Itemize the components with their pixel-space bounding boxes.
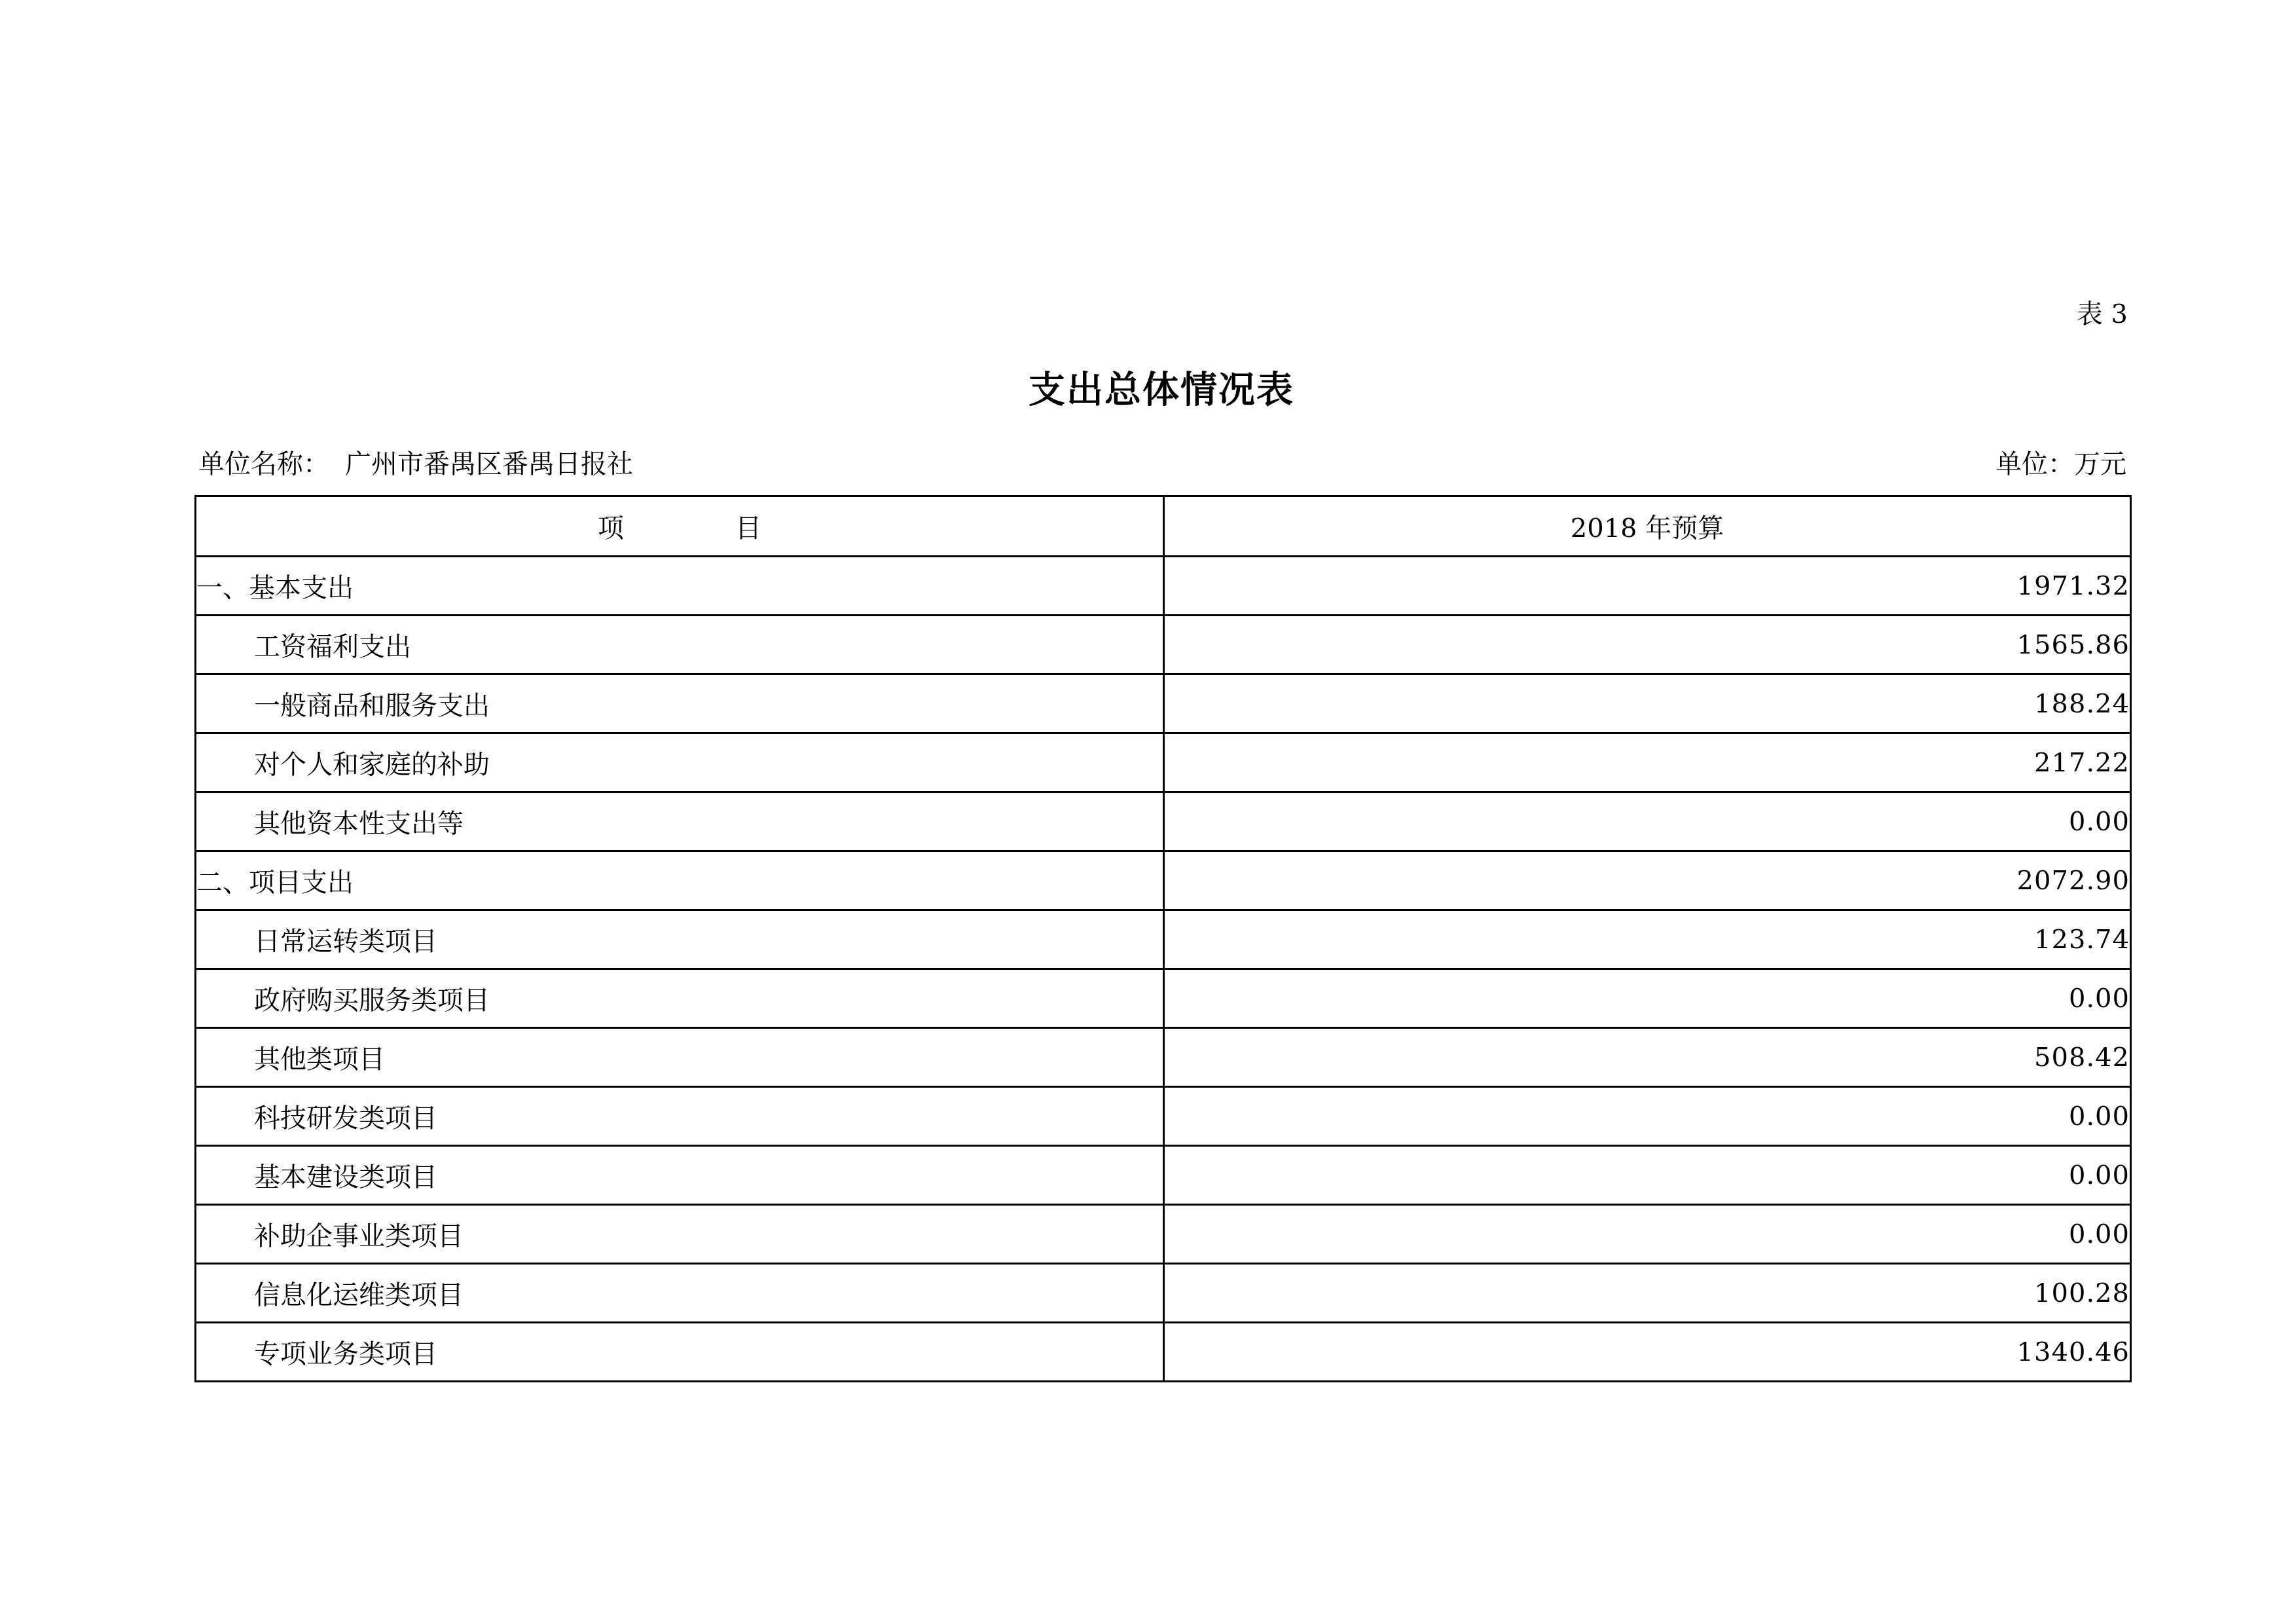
row-label: 专项业务类项目: [196, 1323, 1164, 1382]
page-title: 支出总体情况表: [194, 367, 2128, 414]
table-row: 对个人和家庭的补助 217.22: [196, 733, 2131, 792]
row-label: 信息化运维类项目: [196, 1264, 1164, 1323]
table-row: 二、项目支出 2072.90: [196, 851, 2131, 910]
table-row: 补助企事业类项目 0.00: [196, 1205, 2131, 1264]
row-value: 0.00: [1164, 969, 2131, 1028]
table-number: 表 3: [2077, 298, 2128, 331]
row-label: 工资福利支出: [196, 616, 1164, 674]
table-header-row: 项目 2018 年预算: [196, 496, 2131, 557]
row-value: 100.28: [1164, 1264, 2131, 1323]
row-value: 0.00: [1164, 792, 2131, 851]
row-label: 一、基本支出: [196, 557, 1164, 616]
row-label: 政府购买服务类项目: [196, 969, 1164, 1028]
row-value: 1565.86: [1164, 616, 2131, 674]
table-row: 日常运转类项目 123.74: [196, 910, 2131, 969]
row-label: 科技研发类项目: [196, 1087, 1164, 1146]
expenditure-table: 项目 2018 年预算 一、基本支出 1971.32 工资福利支出 1565.8…: [194, 495, 2132, 1382]
organization-name: 广州市番禺区番禺日报社: [345, 449, 633, 479]
row-value: 0.00: [1164, 1146, 2131, 1205]
row-value: 1971.32: [1164, 557, 2131, 616]
row-value: 0.00: [1164, 1205, 2131, 1264]
row-label: 日常运转类项目: [196, 910, 1164, 969]
row-label: 补助企事业类项目: [196, 1205, 1164, 1264]
table-row: 专项业务类项目 1340.46: [196, 1323, 2131, 1382]
table-row: 基本建设类项目 0.00: [196, 1146, 2131, 1205]
currency-unit: 单位：万元: [1995, 448, 2126, 481]
row-label: 基本建设类项目: [196, 1146, 1164, 1205]
row-label: 其他类项目: [196, 1028, 1164, 1087]
row-value: 123.74: [1164, 910, 2131, 969]
table-row: 其他资本性支出等 0.00: [196, 792, 2131, 851]
column-header-budget: 2018 年预算: [1164, 496, 2131, 557]
row-label: 一般商品和服务支出: [196, 674, 1164, 733]
organization-info: 单位名称：广州市番禺区番禺日报社: [198, 448, 633, 481]
row-value: 1340.46: [1164, 1323, 2131, 1382]
table-row: 其他类项目 508.42: [196, 1028, 2131, 1087]
row-label: 其他资本性支出等: [196, 792, 1164, 851]
table-row: 信息化运维类项目 100.28: [196, 1264, 2131, 1323]
organization-label: 单位名称：: [198, 449, 329, 479]
table-row: 科技研发类项目 0.00: [196, 1087, 2131, 1146]
header-item-part1: 项: [598, 513, 624, 544]
table-row: 政府购买服务类项目 0.00: [196, 969, 2131, 1028]
header-item-part2: 目: [735, 513, 761, 544]
row-value: 217.22: [1164, 733, 2131, 792]
column-header-item: 项目: [196, 496, 1164, 557]
row-value: 508.42: [1164, 1028, 2131, 1087]
unit-info-line: 单位名称：广州市番禺区番禺日报社 单位：万元: [198, 448, 2126, 481]
table-row: 一、基本支出 1971.32: [196, 557, 2131, 616]
row-label: 对个人和家庭的补助: [196, 733, 1164, 792]
table-row: 工资福利支出 1565.86: [196, 616, 2131, 674]
table-row: 一般商品和服务支出 188.24: [196, 674, 2131, 733]
row-label: 二、项目支出: [196, 851, 1164, 910]
row-value: 0.00: [1164, 1087, 2131, 1146]
row-value: 2072.90: [1164, 851, 2131, 910]
row-value: 188.24: [1164, 674, 2131, 733]
